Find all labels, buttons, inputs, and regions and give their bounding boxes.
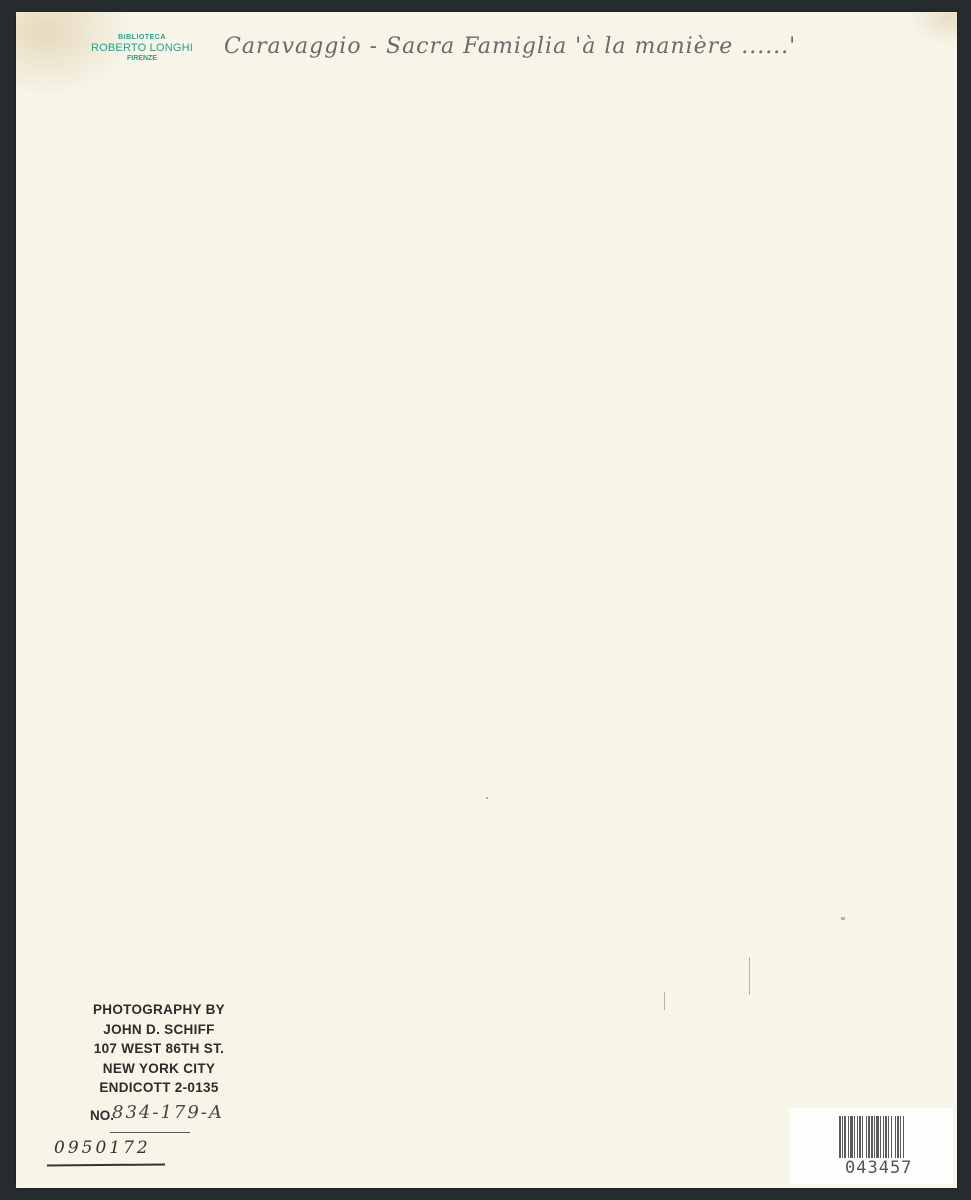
barcode-icon <box>839 1116 939 1158</box>
negative-number: 834-179-A <box>112 1102 224 1123</box>
number-label: NO. <box>90 1108 114 1123</box>
photographer-stamp-line: NEW YORK CITY <box>64 1059 254 1079</box>
photographer-stamp-line: PHOTOGRAPHY BY <box>64 1000 254 1020</box>
barcode-number: 043457 <box>845 1158 912 1178</box>
photographer-stamp: PHOTOGRAPHY BY JOHN D. SCHIFF 107 WEST 8… <box>64 1000 254 1098</box>
library-stamp-line-2: ROBERTO LONGHI <box>86 42 198 55</box>
number-underline <box>110 1132 190 1133</box>
library-stamp: BIBLIOTECA ROBERTO LONGHI FIRENZE <box>86 34 198 63</box>
library-stamp-line-1: BIBLIOTECA <box>86 34 198 42</box>
barcode-label: 043457 <box>789 1108 953 1184</box>
photographer-stamp-line: ENDICOTT 2-0135 <box>64 1078 254 1098</box>
library-stamp-line-3: FIRENZE <box>86 55 198 63</box>
handwritten-title: Caravaggio - Sacra Famiglia 'à la manièr… <box>224 34 796 59</box>
photographer-stamp-line: 107 WEST 86TH ST. <box>64 1039 254 1059</box>
inventory-number: 0950172 <box>54 1138 151 1158</box>
photographer-stamp-line: JOHN D. SCHIFF <box>64 1020 254 1040</box>
